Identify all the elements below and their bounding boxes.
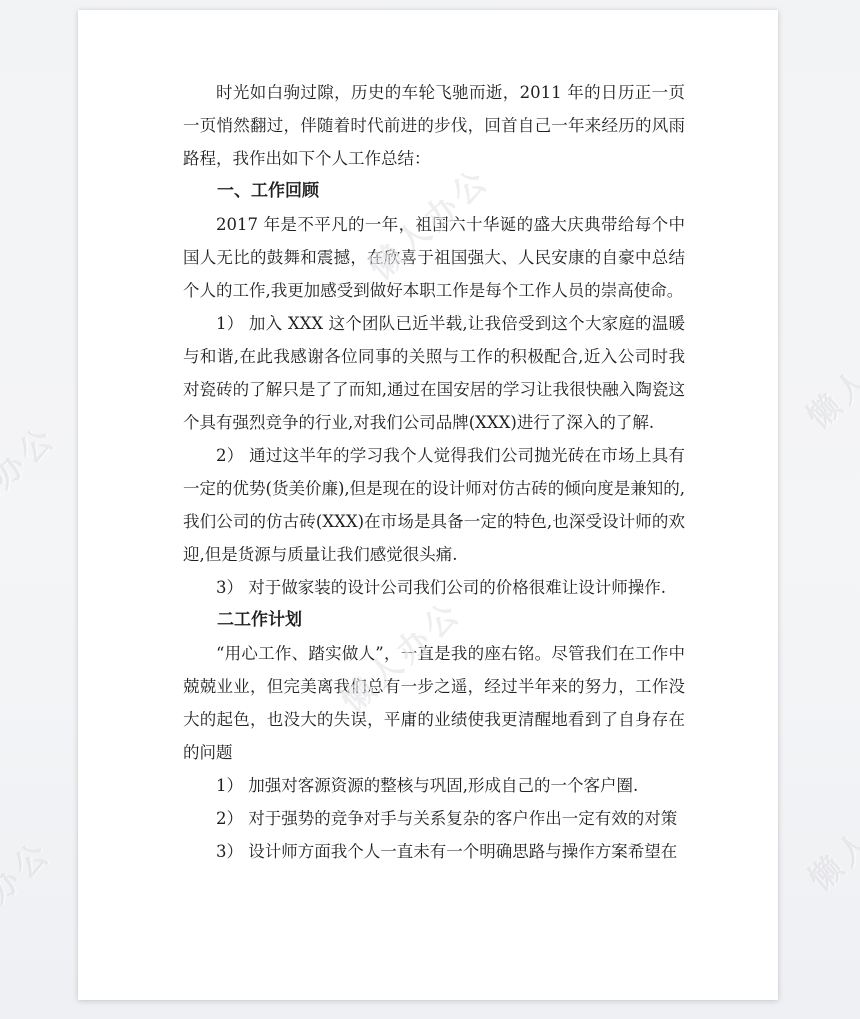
watermark-text: 懒人办公 — [0, 828, 60, 961]
watermark-text: 懒人办公 — [0, 413, 65, 546]
paragraph: 1） 加入 XXX 这个团队已近半载,让我倍受到这个大家庭的温暖与和谐,在此我感… — [183, 307, 685, 439]
paragraph: 2） 对于强势的竞争对手与关系复杂的客户作出一定有效的对策 — [183, 802, 685, 835]
section-heading: 二工作计划 — [183, 604, 685, 637]
watermark-text: 懒人办公 — [796, 304, 860, 437]
paragraph: 2） 通过这半年的学习我个人觉得我们公司抛光砖在市场上具有一定的优势(货美价廉)… — [183, 439, 685, 571]
screenshot-root: 时光如白驹过隙，历史的车轮飞驰而逝，2011 年的日历正一页一页悄然翻过，伴随着… — [0, 0, 860, 1019]
document-body: 时光如白驹过隙，历史的车轮飞驰而逝，2011 年的日历正一页一页悄然翻过，伴随着… — [78, 10, 778, 868]
paragraph: 3） 设计师方面我个人一直未有一个明确思路与操作方案希望在 — [183, 835, 685, 868]
document-page: 时光如白驹过隙，历史的车轮飞驰而逝，2011 年的日历正一页一页悄然翻过，伴随着… — [78, 10, 778, 1000]
watermark-text: 懒人办公 — [798, 766, 860, 899]
paragraph: “用心工作、踏实做人”，一直是我的座右铭。尽管我们在工作中兢兢业业，但完美离我们… — [183, 637, 685, 769]
paragraph: 时光如白驹过隙，历史的车轮飞驰而逝，2011 年的日历正一页一页悄然翻过，伴随着… — [183, 76, 685, 175]
paragraph: 2017 年是不平凡的一年，祖国六十华诞的盛大庆典带给每个中国人无比的鼓舞和震撼… — [183, 208, 685, 307]
paragraph: 3） 对于做家装的设计公司我们公司的价格很难让设计师操作. — [183, 571, 685, 604]
paragraph: 1） 加强对客源资源的整核与巩固,形成自己的一个客户圈. — [183, 769, 685, 802]
section-heading: 一、工作回顾 — [183, 175, 685, 208]
